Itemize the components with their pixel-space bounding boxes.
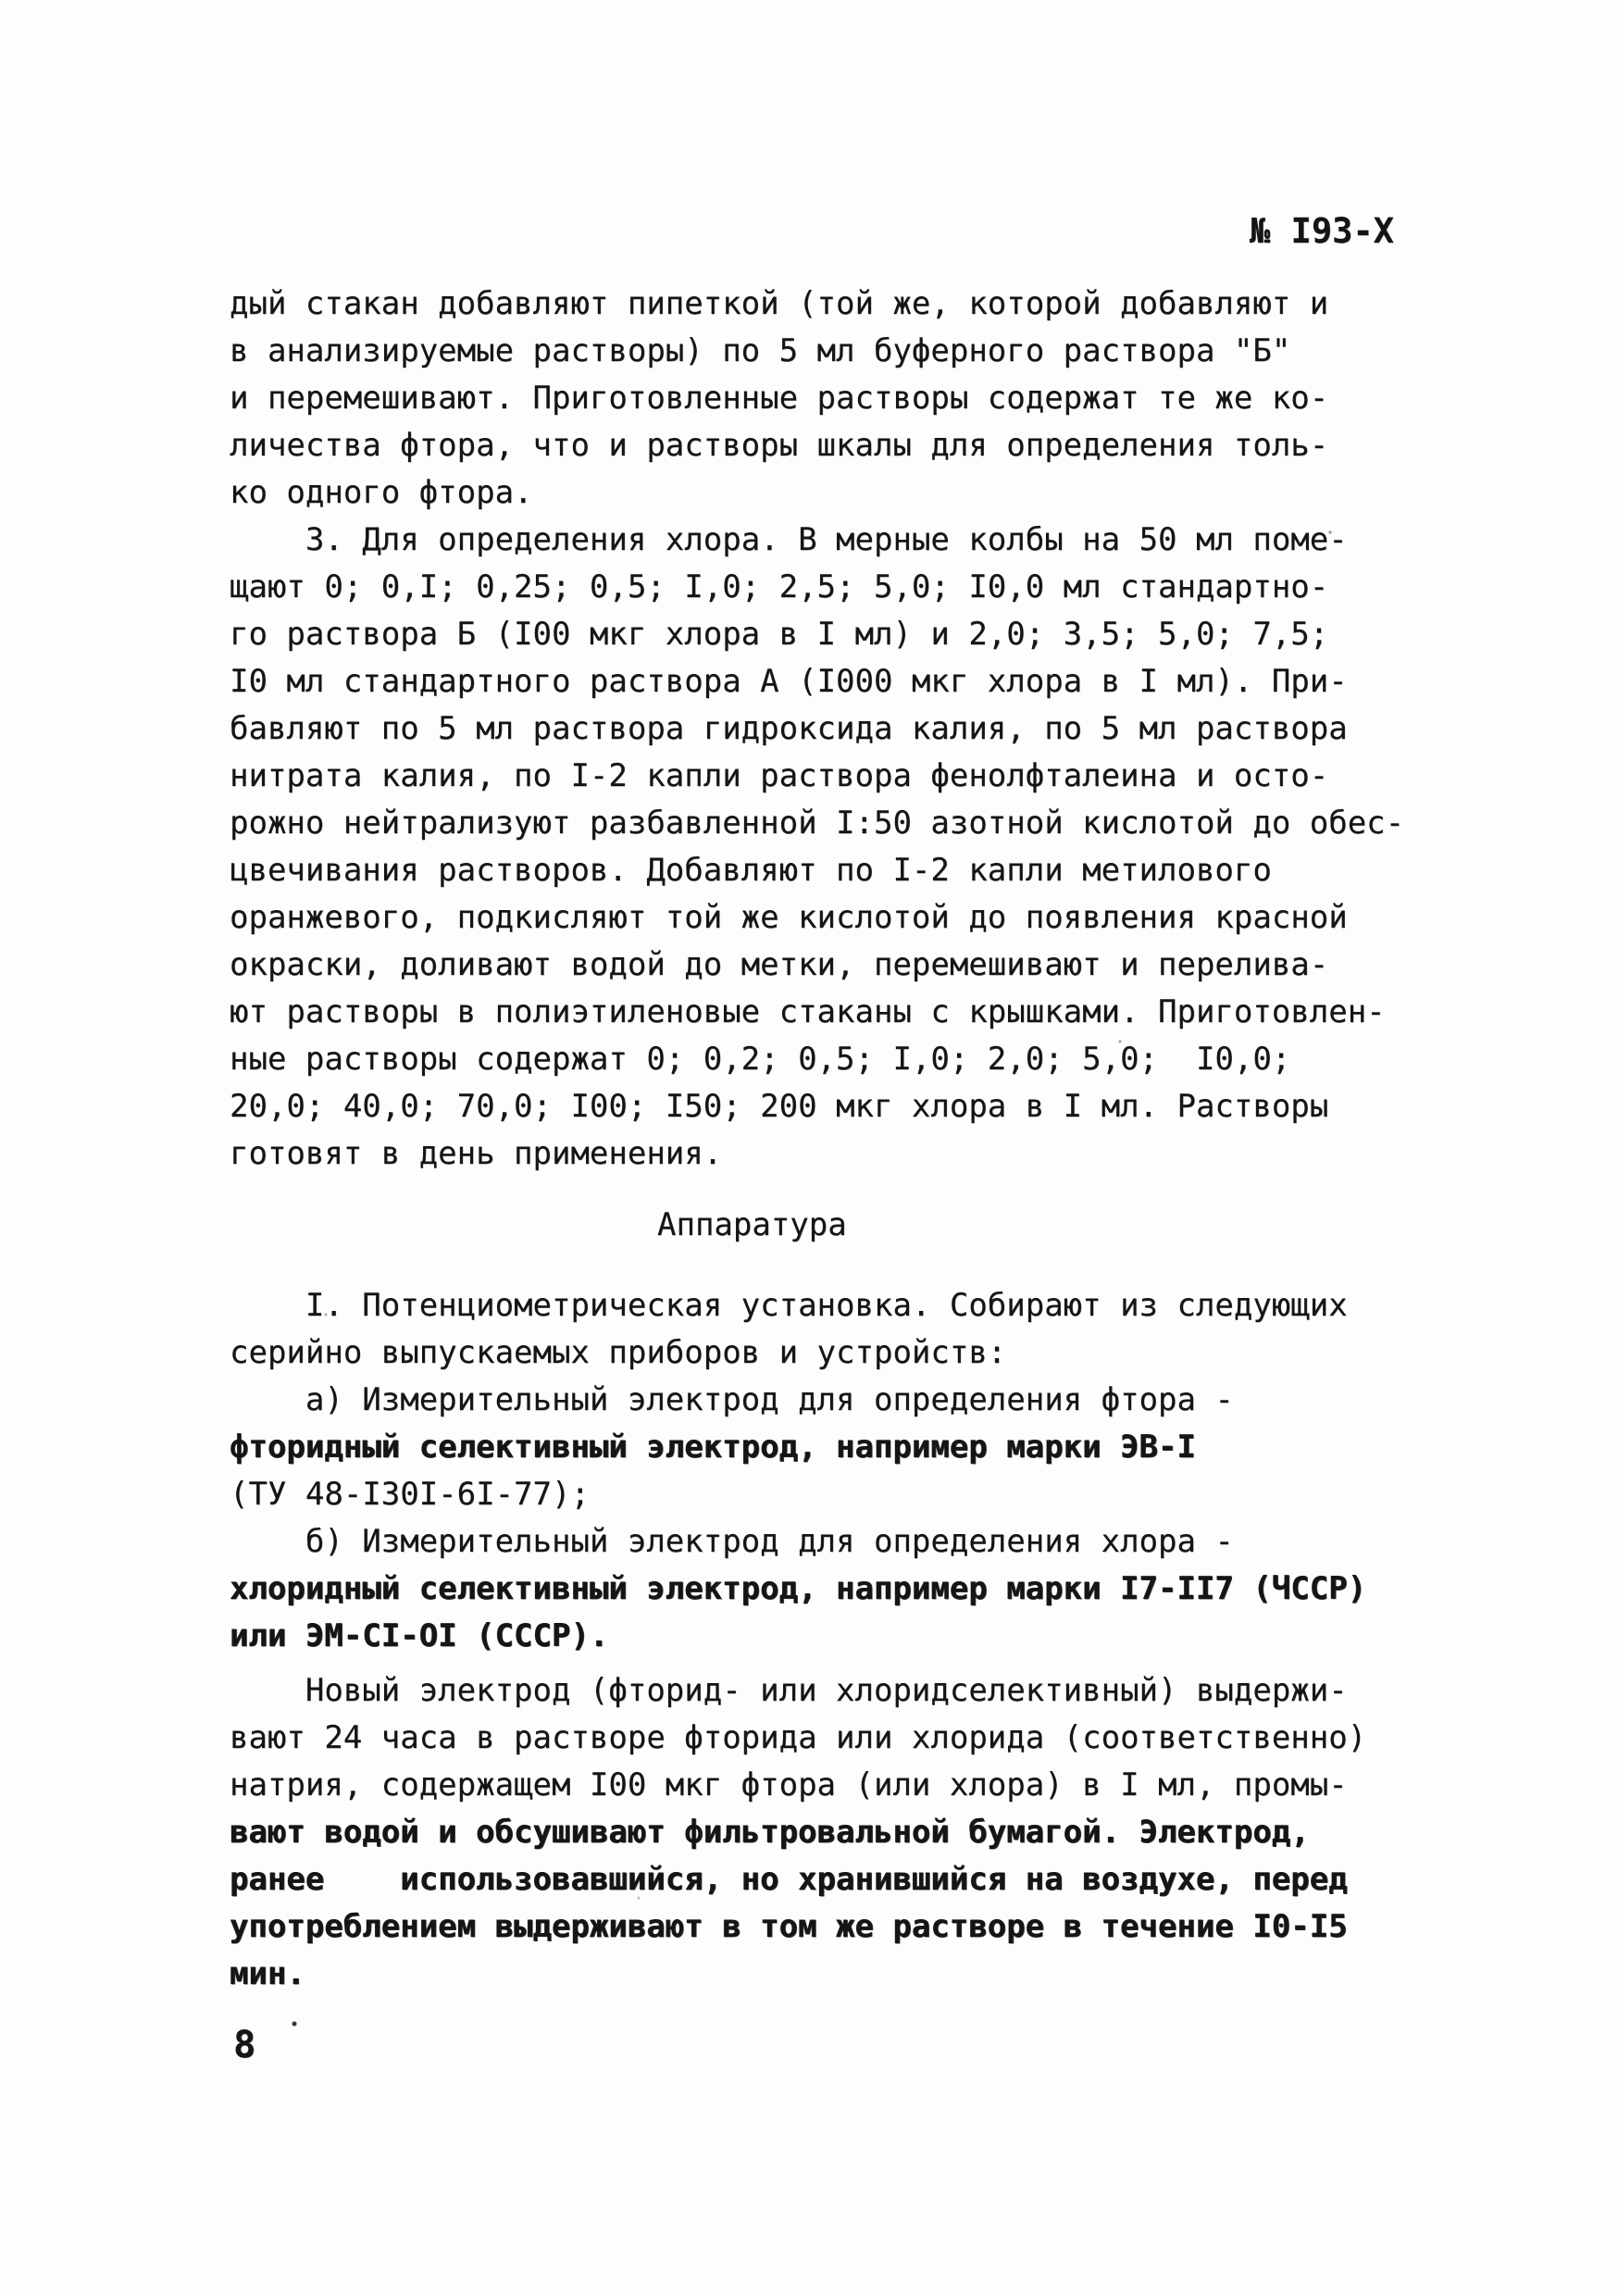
vertical-gap — [230, 1660, 1442, 1667]
text-line: бавляют по 5 мл раствора гидроксида кали… — [230, 705, 1442, 753]
text-line: ко одного фтора. — [230, 469, 1442, 517]
underlined-subheading: Для определения хлора. — [362, 521, 778, 558]
text-line: окраски, доливают водой до метки, переме… — [230, 942, 1442, 989]
text-line: личества фтора, что и растворы шкалы для… — [230, 422, 1442, 469]
text-line: фторидный селективный электрод, например… — [230, 1424, 1442, 1471]
text-line: нитрата калия, по I-2 капли раствора фен… — [230, 753, 1442, 800]
text-line: 20,0; 40,0; 70,0; I00; I50; 200 мкг хлор… — [230, 1083, 1442, 1130]
text-line: ют растворы в полиэтиленовые стаканы с к… — [230, 989, 1442, 1036]
text-line: ные растворы содержат 0; 0,2; 0,5; I,0; … — [230, 1036, 1442, 1083]
text-line: щают 0; 0,I; 0,25; 0,5; I,0; 2,5; 5,0; I… — [230, 564, 1442, 611]
text-line: рожно нейтрализуют разбавленной I:50 азо… — [230, 800, 1442, 847]
text-line: готовят в день применения. — [230, 1130, 1442, 1178]
doc-number: № I93-Х — [1250, 211, 1394, 251]
section-heading: Аппаратура — [230, 1202, 1442, 1249]
text-line: серийно выпускаемых приборов и устройств… — [230, 1329, 1442, 1377]
text-line: дый стакан добавляют пипеткой (той же, к… — [230, 281, 1442, 328]
text-line: б) Измерительный электрод для определени… — [230, 1518, 1442, 1566]
text-block: дый стакан добавляют пипеткой (той же, к… — [230, 281, 1442, 1998]
text-line: мин. — [230, 1951, 1442, 1998]
text-line: I. Потенциометрическая установка. Собира… — [230, 1282, 1442, 1329]
page-number: 8 — [233, 2024, 255, 2066]
text-line: хлоридный селективный электрод, например… — [230, 1566, 1442, 1613]
vertical-gap — [230, 1249, 1442, 1282]
text-after-subheading: В мерные колбы на 50 мл поме- — [779, 521, 1348, 558]
text-line: натрия, содержащем I00 мкг фтора (или хл… — [230, 1762, 1442, 1809]
text-line: (ТУ 48-I30I-6I-77); — [230, 1471, 1442, 1518]
text-line: оранжевого, подкисляют той же кислотой д… — [230, 894, 1442, 942]
text-line: а) Измерительный электрод для определени… — [230, 1377, 1442, 1424]
list-item-3-first-line: 3. Для определения хлора. В мерные колбы… — [230, 517, 1442, 564]
text-line: вают 24 часа в растворе фторида или хлор… — [230, 1715, 1442, 1762]
vertical-gap — [230, 1178, 1442, 1202]
text-line: ранее использовавшийся, но хранившийся н… — [230, 1856, 1442, 1903]
text-line: го раствора Б (I00 мкг хлора в I мл) и 2… — [230, 611, 1442, 658]
text-line: в анализируемые растворы) по 5 мл буферн… — [230, 328, 1442, 375]
text-line: употреблением выдерживают в том же раств… — [230, 1903, 1442, 1951]
text-line: вают водой и обсушивают фильтровальной б… — [230, 1809, 1442, 1856]
text-line: и перемешивают. Приготовленные растворы … — [230, 375, 1442, 422]
list-item-number: 3. — [230, 521, 362, 558]
text-line: Новый электрод (фторид- или хлоридселект… — [230, 1667, 1442, 1715]
text-line: I0 мл стандартного раствора А (I000 мкг … — [230, 658, 1442, 705]
text-line: или ЭМ-CI-OI (СССР). — [230, 1613, 1442, 1660]
scanned-document-page: № I93-Х дый стакан добавляют пипеткой (т… — [0, 0, 1618, 2296]
text-line: цвечивания растворов. Добавляют по I-2 к… — [230, 847, 1442, 894]
